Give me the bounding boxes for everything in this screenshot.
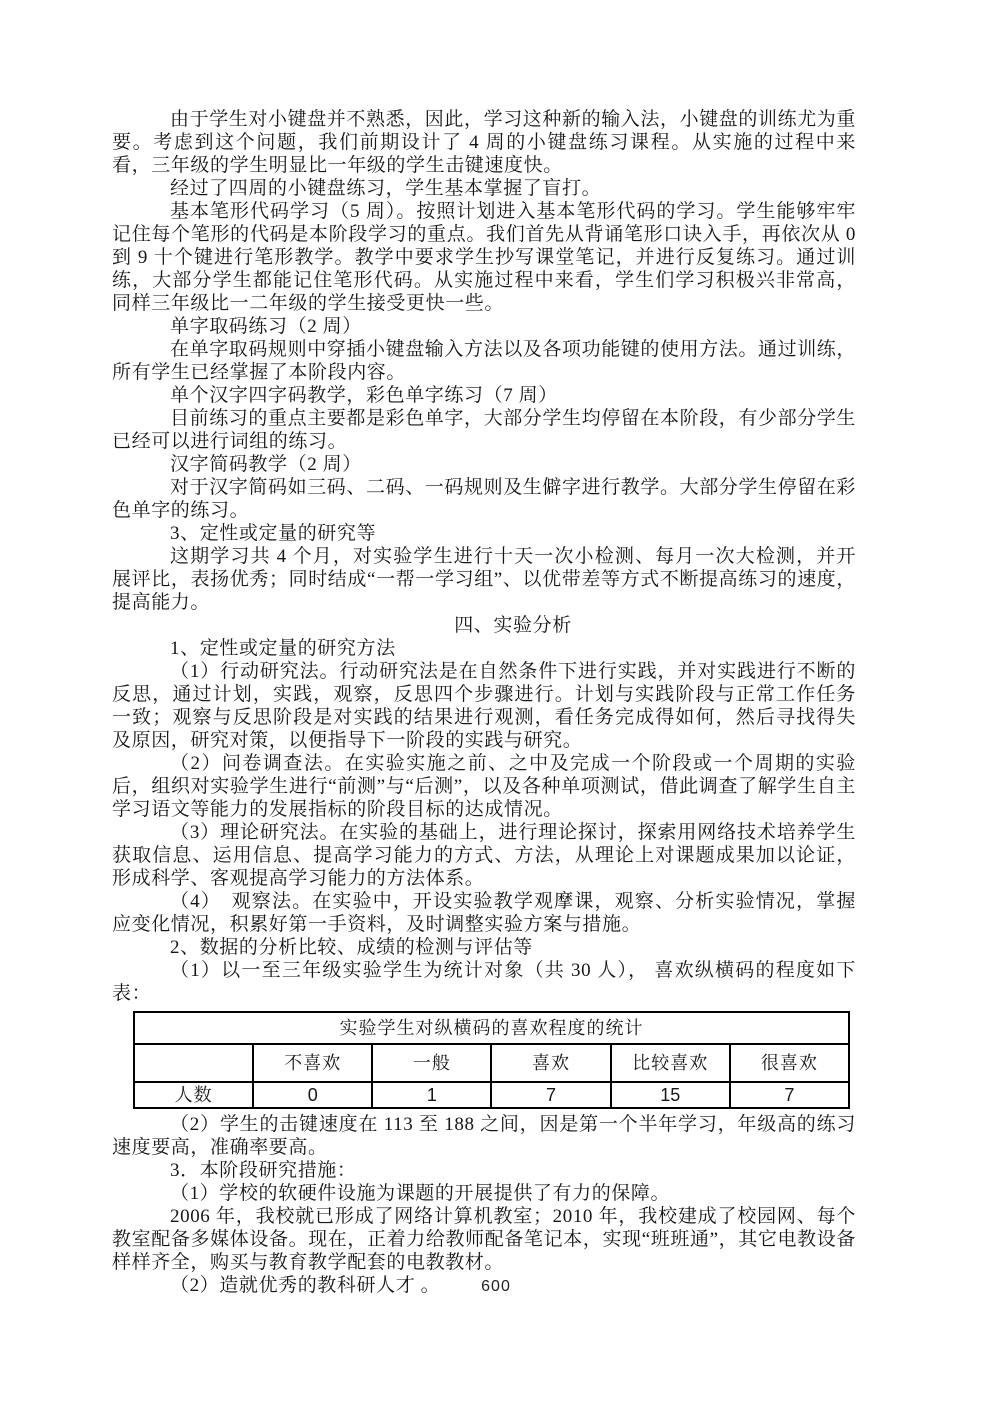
table-column-header: 喜欢 xyxy=(491,1044,610,1082)
paragraph: 在单字取码规则中穿插小键盘输入方法以及各项功能键的使用方法。通过训练，所有学生已… xyxy=(112,338,856,384)
table-title: 实验学生对纵横码的喜欢程度的统计 xyxy=(134,1012,849,1044)
table-column-header: 比较喜欢 xyxy=(611,1044,730,1082)
table-value-cell: 7 xyxy=(491,1082,610,1108)
table-value-cell: 1 xyxy=(372,1082,491,1108)
table-row-label: 人数 xyxy=(134,1082,253,1108)
paragraph-numbered-item: 3、定性或定量的研究等 xyxy=(112,522,856,545)
page-number: 600 xyxy=(0,1278,992,1296)
paragraph: 经过了四周的小键盘练习，学生基本掌握了盲打。 xyxy=(112,177,856,200)
paragraph-stage-heading: 汉字简码教学（2 周） xyxy=(112,453,856,476)
paragraph: （4） 观察法。在实验中，开设实验教学观摩课，观察、分析实验情况，掌握应变化情况… xyxy=(112,890,856,936)
table-column-header: 一般 xyxy=(372,1044,491,1082)
table-value-cell: 0 xyxy=(253,1082,372,1108)
table-header-row: 不喜欢 一般 喜欢 比较喜欢 很喜欢 xyxy=(134,1044,849,1082)
document-page: 由于学生对小键盘并不熟悉，因此，学习这种新的输入法，小键盘的训练尤为重要。考虑到… xyxy=(0,0,992,1403)
paragraph-numbered-item: 1、定性或定量的研究方法 xyxy=(112,637,856,660)
paragraph: （1）以一至三年级实验学生为统计对象（共 30 人）， 喜欢纵横码的程度如下表： xyxy=(112,959,856,1005)
table-column-header: 很喜欢 xyxy=(730,1044,849,1082)
paragraph-numbered-item: 3．本阶段研究措施： xyxy=(112,1159,856,1182)
paragraph: （3）理论研究法。在实验的基础上，进行理论探讨，探索用网络技术培养学生获取信息、… xyxy=(112,821,856,890)
paragraph: （2）学生的击键速度在 113 至 188 之间，因是第一个半年学习，年级高的练… xyxy=(112,1113,856,1159)
document-body: 由于学生对小键盘并不熟悉，因此，学习这种新的输入法，小键盘的训练尤为重要。考虑到… xyxy=(112,108,856,1297)
paragraph: （1）行动研究法。行动研究法是在自然条件下进行实践，并对实践进行不断的反思，通过… xyxy=(112,660,856,752)
paragraph: 对于汉字简码如三码、二码、一码规则及生僻字进行教学。大部分学生停留在彩色单字的练… xyxy=(112,476,856,522)
table-data-row: 人数 0 1 7 15 7 xyxy=(134,1082,849,1108)
paragraph-numbered-item: 2、数据的分析比较、成绩的检测与评估等 xyxy=(112,936,856,959)
preference-statistics-table: 实验学生对纵横码的喜欢程度的统计 不喜欢 一般 喜欢 比较喜欢 很喜欢 人数 0… xyxy=(133,1011,850,1109)
paragraph: （1）学校的软硬件设施为课题的开展提供了有力的保障。 xyxy=(112,1182,856,1205)
paragraph: 2006 年，我校就已形成了网络计算机教室；2010 年，我校建成了校园网、每个… xyxy=(112,1205,856,1274)
paragraph-stage-heading: 单字取码练习（2 周） xyxy=(112,315,856,338)
table-title-row: 实验学生对纵横码的喜欢程度的统计 xyxy=(134,1012,849,1044)
paragraph: （2）问卷调查法。在实验实施之前、之中及完成一个阶段或一个周期的实验后，组织对实… xyxy=(112,752,856,821)
paragraph: 基本笔形代码学习（5 周）。按照计划进入基本笔形代码的学习。学生能够牢牢记住每个… xyxy=(112,200,856,315)
table-column-header: 不喜欢 xyxy=(253,1044,372,1082)
paragraph: 由于学生对小键盘并不熟悉，因此，学习这种新的输入法，小键盘的训练尤为重要。考虑到… xyxy=(112,108,856,177)
paragraph: 这期学习共 4 个月，对实验学生进行十天一次小检测、每月一次大检测，并开展评比，… xyxy=(112,545,856,614)
paragraph: 目前练习的重点主要都是彩色单字，大部分学生均停留在本阶段，有少部分学生已经可以进… xyxy=(112,407,856,453)
table-value-cell: 7 xyxy=(730,1082,849,1108)
table-value-cell: 15 xyxy=(611,1082,730,1108)
paragraph-stage-heading: 单个汉字四字码教学，彩色单字练习（7 周） xyxy=(112,384,856,407)
section-heading-experiment-analysis: 四、实验分析 xyxy=(112,614,856,637)
table-corner-cell xyxy=(134,1044,253,1082)
